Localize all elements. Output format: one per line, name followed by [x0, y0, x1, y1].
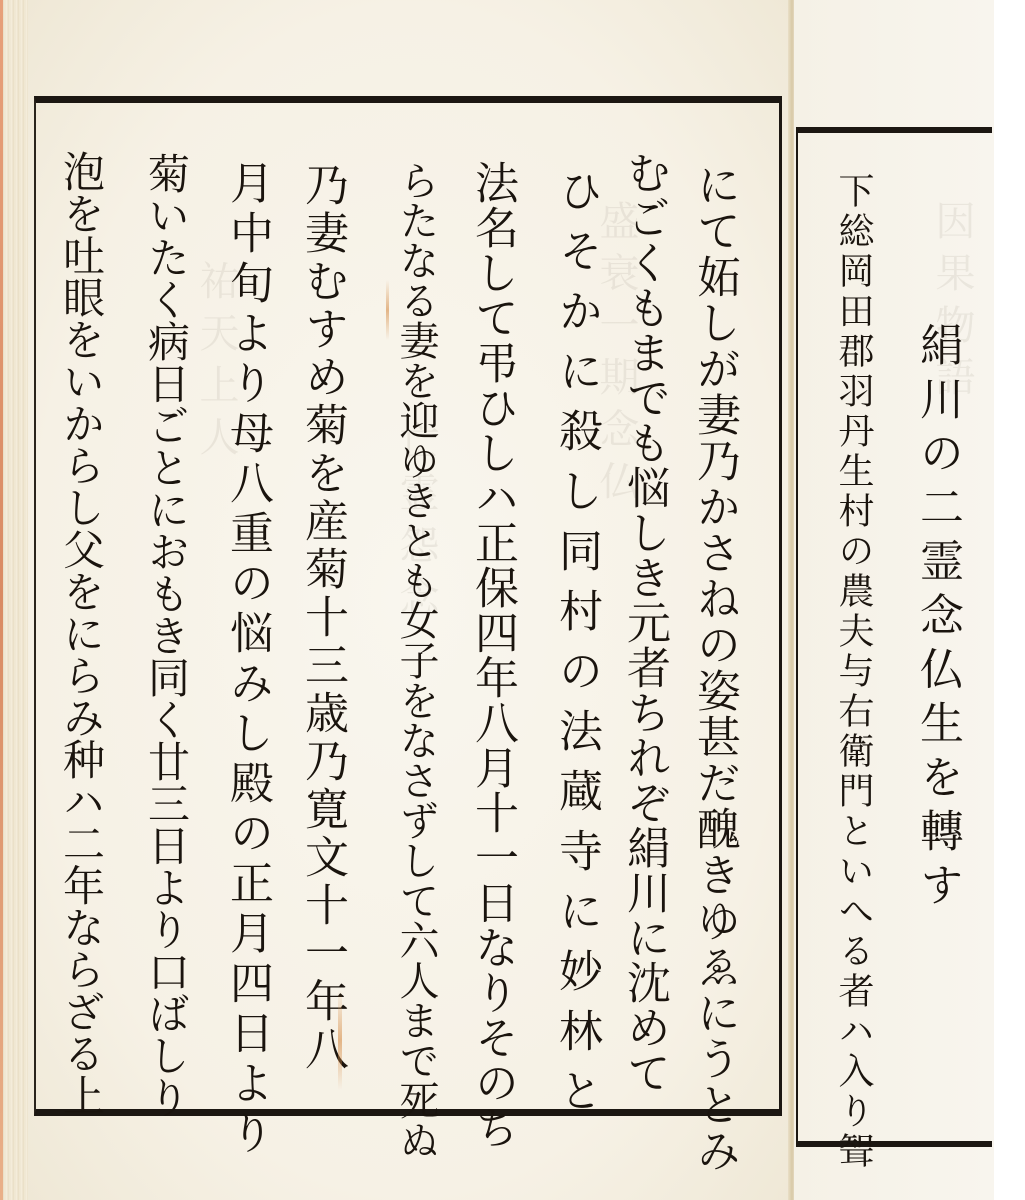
chapter-subheading: 下総岡田郡羽丹生村の農夫与右衛門といへる者ハ入り聟 — [828, 172, 879, 1172]
text-column-7: 月中旬より母八重の悩みし殿の正月四日より — [225, 160, 269, 1160]
text-column-8: 菊いたく病日ごとにおもき同く廿三日より口ばしり — [145, 152, 187, 1118]
text-column-6: 乃妻むすめ菊を産菊十三歳乃寛文十一年八 — [300, 162, 344, 1074]
text-column-4: 法名して弔ひしハ正保四年八月十一日なりそのち — [470, 160, 514, 1150]
book-spread: 盛衰一期念仏 亡霊怨念 祐天上人 因果物語 絹川の二霊念仏生を轉す 下総岡田郡羽… — [0, 0, 1025, 1200]
chapter-heading: 絹川の二霊念仏生を轉す — [905, 322, 969, 916]
text-column-5: らたなる妻を迎ゆきとも女子をなさずして六人まで死ぬ — [396, 160, 436, 1160]
text-column-3: ひそかに殺し同村の法蔵寺に妙林と — [554, 168, 598, 1128]
paper-stain — [386, 280, 389, 340]
text-column-2: むごくもまでも悩しき元者ちれぞ絹川に沈めて — [622, 150, 666, 1095]
text-column-9: 泡を吐眼をいからし父をにらみ种ハ二年ならざる上 — [60, 150, 102, 1116]
text-column-1: にて妬しが妻乃かさねの姿甚だ醜きゆゑにうとみ — [692, 162, 736, 1174]
paper-stain — [338, 990, 342, 1090]
page-stack-edge — [0, 0, 30, 1200]
